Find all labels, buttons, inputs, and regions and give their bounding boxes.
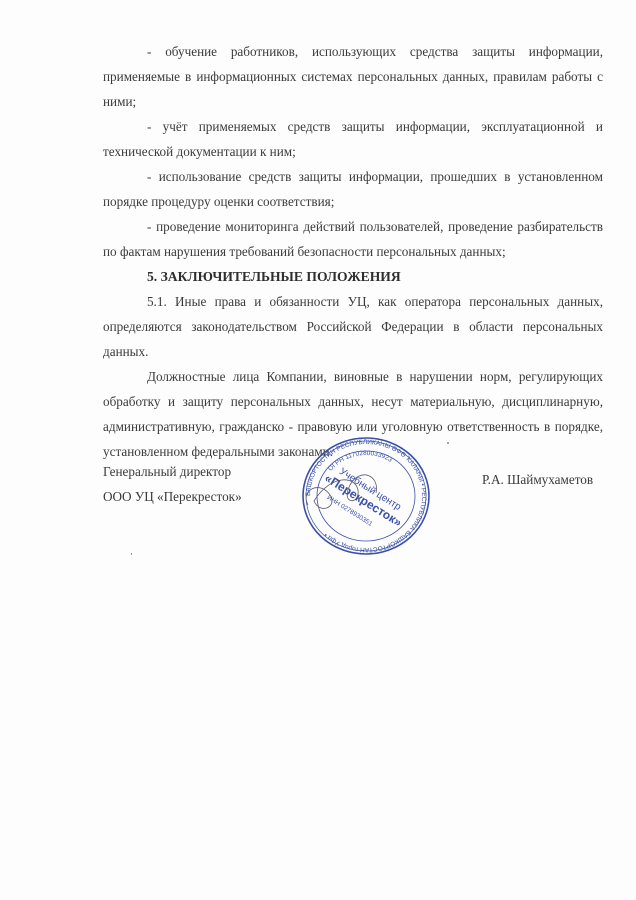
- scan-speck: [131, 553, 132, 555]
- list-item-monitoring: - проведение мониторинга действий пользо…: [103, 214, 603, 264]
- scan-speck: [447, 442, 449, 444]
- list-item-accounting: - учёт применяемых средств защиты информ…: [103, 114, 603, 164]
- list-item-usage: - использование средств защиты информаци…: [103, 164, 603, 214]
- signature-block: Генеральный директор ООО УЦ «Перекресток…: [103, 459, 242, 509]
- section-paragraph-rights: 5.1. Иные права и обязанности УЦ, как оп…: [103, 289, 603, 364]
- section-heading: 5. ЗАКЛЮЧИТЕЛЬНЫЕ ПОЛОЖЕНИЯ: [103, 264, 603, 289]
- signatory-organization: ООО УЦ «Перекресток»: [103, 484, 242, 509]
- list-item-training: - обучение работников, использующих сред…: [103, 39, 603, 114]
- signatory-position: Генеральный директор: [103, 459, 242, 484]
- signatory-name: Р.А. Шаймухаметов: [482, 472, 593, 488]
- official-stamp-icon: БАШКОРТОСТАН РЕСПУБЛИКАҺЫ ӨФӨ ҠАЛАҺЫ • Р…: [300, 435, 432, 557]
- document-body: - обучение работников, использующих сред…: [103, 39, 603, 464]
- document-page: - обучение работников, использующих сред…: [0, 0, 636, 900]
